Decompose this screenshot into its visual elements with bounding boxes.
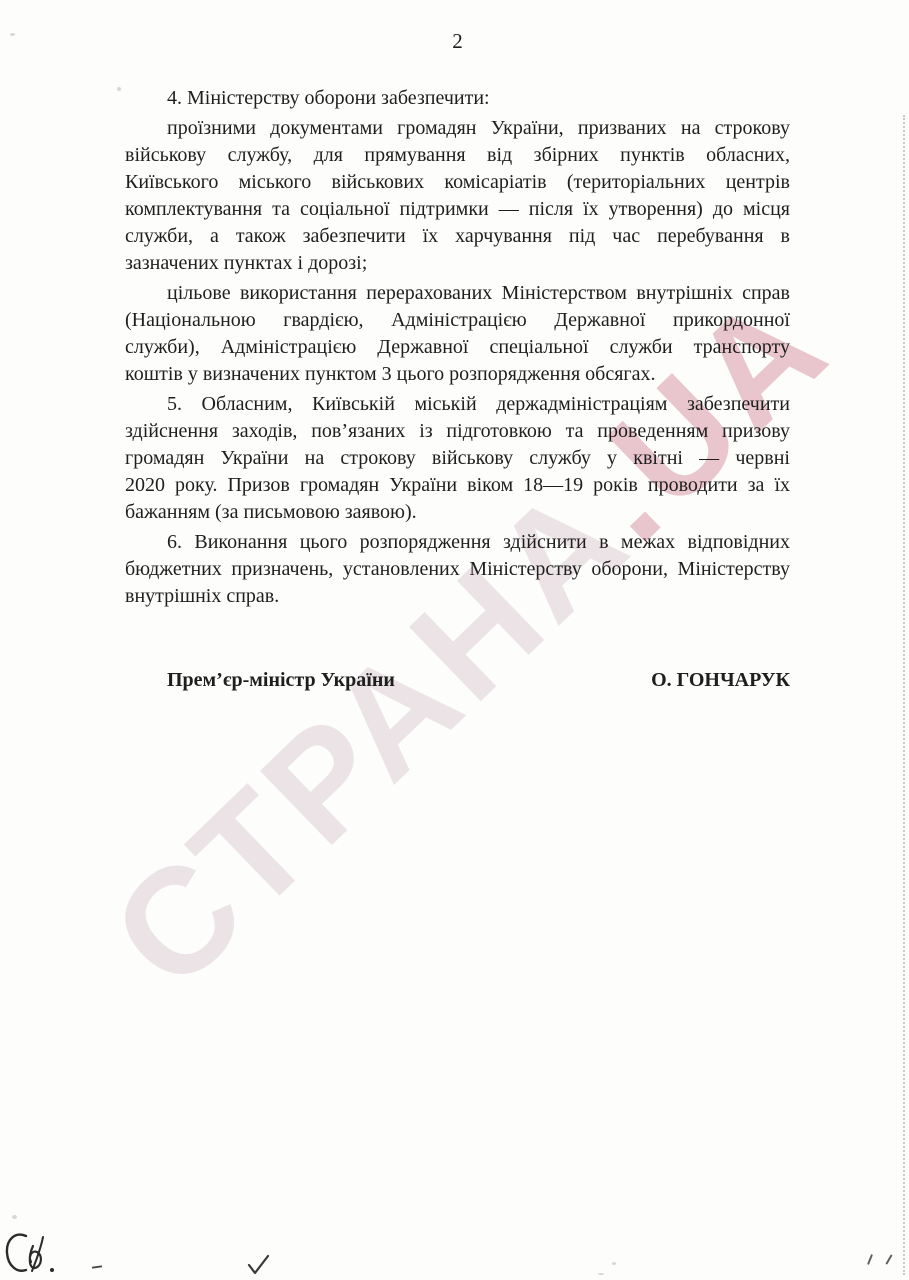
text-line: коштів у визначених пунктом 3 цього розп… bbox=[125, 361, 790, 388]
pen-dash bbox=[92, 1265, 102, 1268]
pen-slash bbox=[867, 1254, 873, 1265]
paragraph: 5. Обласним, Київській міській держадмін… bbox=[125, 391, 790, 526]
text-line: 4. Міністерству оборони забезпечити: bbox=[125, 85, 790, 112]
text-line: внутрішніх справ. bbox=[125, 583, 790, 610]
text-line: бюджетних призначень, установлених Мініс… bbox=[125, 556, 790, 583]
paragraph: 6. Виконання цього розпорядження здійсни… bbox=[125, 529, 790, 610]
text-line: 2020 року. Призов громадян України віком… bbox=[125, 472, 790, 499]
scan-speck bbox=[10, 33, 15, 36]
text-line: Київського міського військових комісаріа… bbox=[125, 169, 790, 196]
paragraph: проїзними документами громадян України, … bbox=[125, 115, 790, 277]
text-line: зазначених пунктах і дорозі; bbox=[125, 250, 790, 277]
signature-title: Прем’єр-міністр України bbox=[125, 667, 395, 694]
text-line: проїзними документами громадян України, … bbox=[125, 115, 790, 142]
signature-row: Прем’єр-міністр України О. ГОНЧАРУК bbox=[125, 667, 790, 694]
scan-speck bbox=[12, 1215, 17, 1219]
scan-speck bbox=[598, 1273, 604, 1275]
text-line: цільове використання перерахованих Мініс… bbox=[125, 280, 790, 307]
text-line: 5. Обласним, Київській міській держадмін… bbox=[125, 391, 790, 418]
scan-edge-dotted-line bbox=[903, 115, 905, 1275]
text-line: служби), Адміністрацією Державної спеціа… bbox=[125, 334, 790, 361]
scan-speck bbox=[117, 87, 121, 91]
text-line: бажанням (за письмовою заявою). bbox=[125, 499, 790, 526]
scanned-document-page: СТРАНА.UA 2 4. Міністерству оборони забе… bbox=[0, 0, 909, 1280]
text-line: служби, а також забезпечити їх харчуванн… bbox=[125, 223, 790, 250]
text-line: громадян України на строкову військову с… bbox=[125, 445, 790, 472]
handwritten-scribble bbox=[2, 1228, 60, 1280]
paragraph: цільове використання перерахованих Мініс… bbox=[125, 280, 790, 388]
document-body: 4. Міністерству оборони забезпечити:прої… bbox=[125, 85, 790, 610]
text-line: 6. Виконання цього розпорядження здійсни… bbox=[125, 529, 790, 556]
document-content: 2 4. Міністерству оборони забезпечити:пр… bbox=[125, 28, 790, 694]
text-line: військову службу, для прямування від збі… bbox=[125, 142, 790, 169]
page-number: 2 bbox=[125, 28, 790, 55]
pen-slash bbox=[885, 1254, 892, 1265]
text-line: (Національною гвардією, Адміністрацією Д… bbox=[125, 307, 790, 334]
scan-speck bbox=[612, 1262, 616, 1265]
signature-name: О. ГОНЧАРУК bbox=[651, 667, 790, 694]
paragraph: 4. Міністерству оборони забезпечити: bbox=[125, 85, 790, 112]
text-line: здійснення заходів, пов’язаних із підгот… bbox=[125, 418, 790, 445]
pen-checkmark bbox=[246, 1252, 272, 1280]
text-line: комплектування та соціальної підтримки —… bbox=[125, 196, 790, 223]
